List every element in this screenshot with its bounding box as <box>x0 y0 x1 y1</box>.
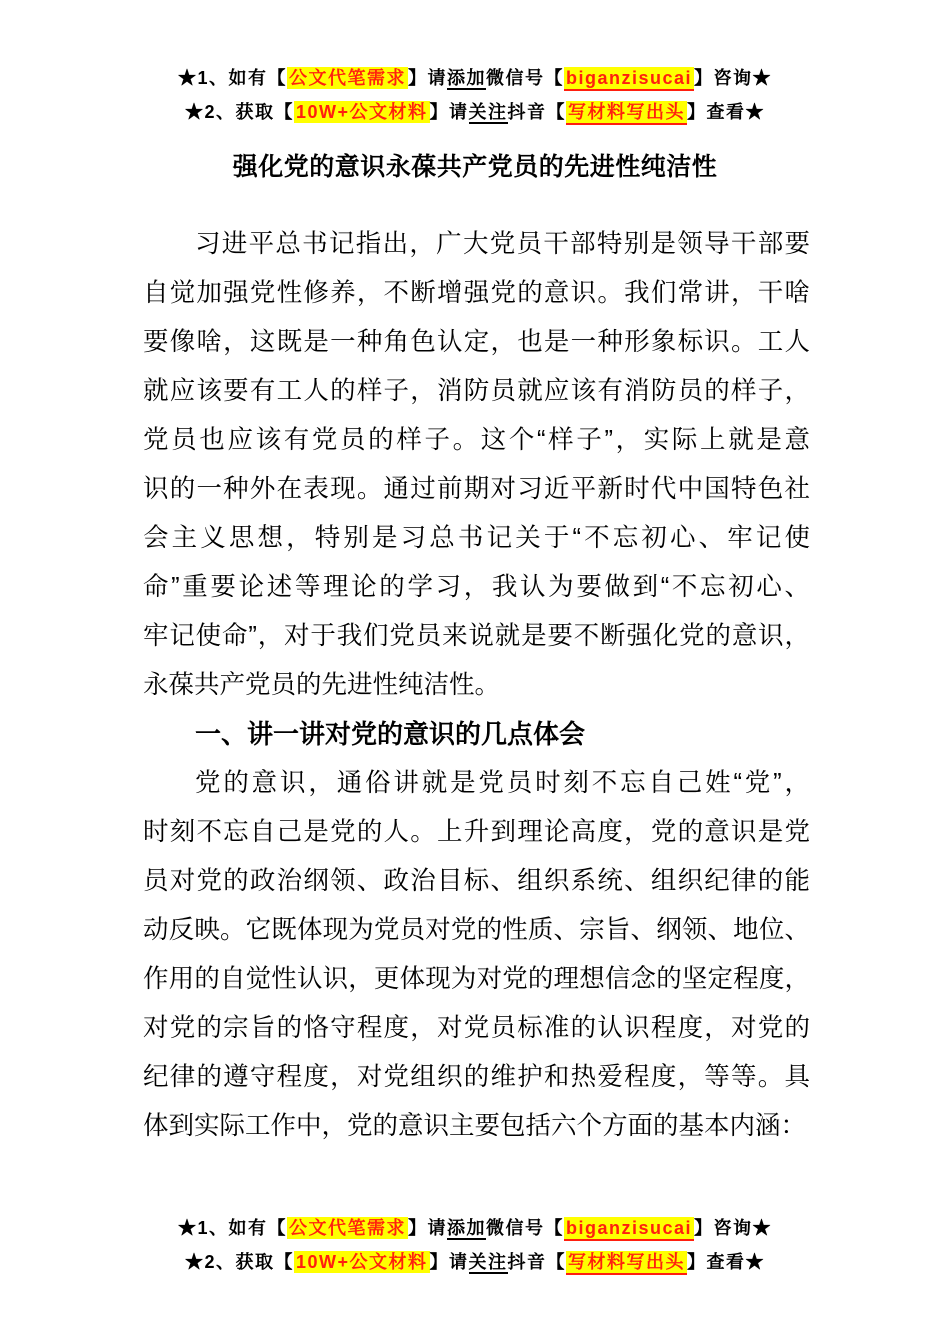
section-heading: 一、讲一讲对党的意识的几点体会 <box>143 710 810 759</box>
highlighted-wechat-id: biganzisucai <box>564 67 694 91</box>
banner-text: 】请 <box>430 1252 469 1272</box>
body-line: 体到实际工作中，党的意识主要包括六个方面的基本内涵： <box>143 1102 810 1151</box>
banner-line-1: ★1、如有【公文代笔需求】请添加微信号【biganzisucai】咨询★ <box>0 1211 950 1245</box>
banner-text: 】咨询★ <box>694 68 772 88</box>
body-line: 党员也应该有党员的样子。这个“样子”，实际上就是意 <box>143 416 810 465</box>
highlighted-douyin-id: 写材料写出头 <box>566 101 687 125</box>
banner-text: ★1、如有【 <box>178 68 287 88</box>
banner-text: 微信号【 <box>486 68 564 88</box>
banner-text: 抖音【 <box>508 1252 567 1272</box>
body-line: 动反映。它既体现为党员对党的性质、宗旨、纲领、地位、 <box>143 906 810 955</box>
body-line: 作用的自觉性认识，更体现为对党的理想信念的坚定程度， <box>143 955 810 1004</box>
banner-text: 】请 <box>408 68 447 88</box>
document-title: 强化党的意识永葆共产党员的先进性纯洁性 <box>0 150 950 184</box>
banner-line-1: ★1、如有【公文代笔需求】请添加微信号【biganzisucai】咨询★ <box>0 61 950 95</box>
body-line: 就应该要有工人的样子，消防员就应该有消防员的样子， <box>143 367 810 416</box>
body-line: 员对党的政治纲领、政治目标、组织系统、组织纪律的能 <box>143 857 810 906</box>
paragraph: 党的意识，通俗讲就是党员时刻不忘自己姓“党”，时刻不忘自己是党的人。上升到理论高… <box>143 759 810 1151</box>
highlighted-keyword: 公文代笔需求 <box>287 67 408 89</box>
banner-text: 】查看★ <box>687 1252 765 1272</box>
highlighted-keyword: 10W+公文材料 <box>294 1251 430 1273</box>
header-banner: ★1、如有【公文代笔需求】请添加微信号【biganzisucai】咨询★★2、获… <box>0 61 950 129</box>
body-line: 牢记使命”，对于我们党员来说就是要不断强化党的意识， <box>143 612 810 661</box>
highlighted-keyword: 10W+公文材料 <box>294 101 430 123</box>
underlined-action: 关注 <box>469 102 508 124</box>
banner-text: 抖音【 <box>508 102 567 122</box>
banner-line-2: ★2、获取【10W+公文材料】请关注抖音【写材料写出头】查看★ <box>0 1245 950 1279</box>
body-line: 习进平总书记指出，广大党员干部特别是领导干部要 <box>143 220 810 269</box>
body-line: 识的一种外在表现。通过前期对习近平新时代中国特色社 <box>143 465 810 514</box>
banner-line-2: ★2、获取【10W+公文材料】请关注抖音【写材料写出头】查看★ <box>0 95 950 129</box>
paragraph: 习进平总书记指出，广大党员干部特别是领导干部要自觉加强党性修养，不断增强党的意识… <box>143 220 810 710</box>
underlined-action: 关注 <box>469 1252 508 1274</box>
body-line: 永葆共产党员的先进性纯洁性。 <box>143 661 810 710</box>
banner-text: ★2、获取【 <box>185 1252 294 1272</box>
body-line: 党的意识，通俗讲就是党员时刻不忘自己姓“党”， <box>143 759 810 808</box>
banner-text: 】请 <box>408 1218 447 1238</box>
body-line: 命”重要论述等理论的学习，我认为要做到“不忘初心、 <box>143 563 810 612</box>
footer-banner: ★1、如有【公文代笔需求】请添加微信号【biganzisucai】咨询★★2、获… <box>0 1211 950 1279</box>
banner-text: 】查看★ <box>687 102 765 122</box>
body-line: 自觉加强党性修养，不断增强党的意识。我们常讲，干啥 <box>143 269 810 318</box>
document-body: 习进平总书记指出，广大党员干部特别是领导干部要自觉加强党性修养，不断增强党的意识… <box>143 220 810 1151</box>
document-page: ★1、如有【公文代笔需求】请添加微信号【biganzisucai】咨询★★2、获… <box>0 0 950 1344</box>
body-line: 对党的宗旨的恪守程度，对党员标准的认识程度，对党的 <box>143 1004 810 1053</box>
banner-text: 】请 <box>430 102 469 122</box>
underlined-action: 添加 <box>447 68 486 90</box>
body-line: 会主义思想，特别是习总书记关于“不忘初心、牢记使 <box>143 514 810 563</box>
body-line: 纪律的遵守程度，对党组织的维护和热爱程度，等等。具 <box>143 1053 810 1102</box>
body-line: 要像啥，这既是一种角色认定，也是一种形象标识。工人 <box>143 318 810 367</box>
banner-text: 微信号【 <box>486 1218 564 1238</box>
banner-text: ★1、如有【 <box>178 1218 287 1238</box>
banner-text: 】咨询★ <box>694 1218 772 1238</box>
banner-text: ★2、获取【 <box>185 102 294 122</box>
underlined-action: 添加 <box>447 1218 486 1240</box>
body-line: 时刻不忘自己是党的人。上升到理论高度，党的意识是党 <box>143 808 810 857</box>
highlighted-keyword: 公文代笔需求 <box>287 1217 408 1239</box>
highlighted-wechat-id: biganzisucai <box>564 1217 694 1241</box>
highlighted-douyin-id: 写材料写出头 <box>566 1251 687 1275</box>
